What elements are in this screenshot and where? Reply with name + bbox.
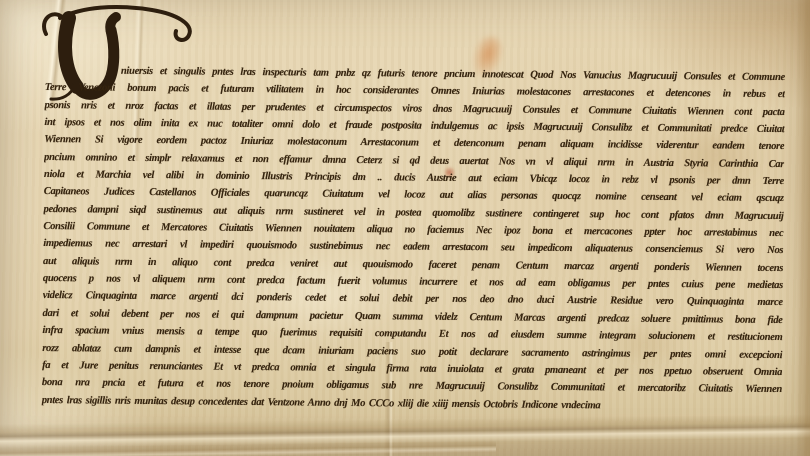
- fold-crease-bottom: [0, 414, 810, 448]
- manuscript-text-block: niuersis et singulis pntes lras inspectu…: [42, 62, 785, 416]
- parchment-document: niuersis et singulis pntes lras inspectu…: [0, 0, 810, 456]
- fold-crease-bottom-2: [0, 440, 496, 456]
- parchment-edge-right: [796, 0, 810, 456]
